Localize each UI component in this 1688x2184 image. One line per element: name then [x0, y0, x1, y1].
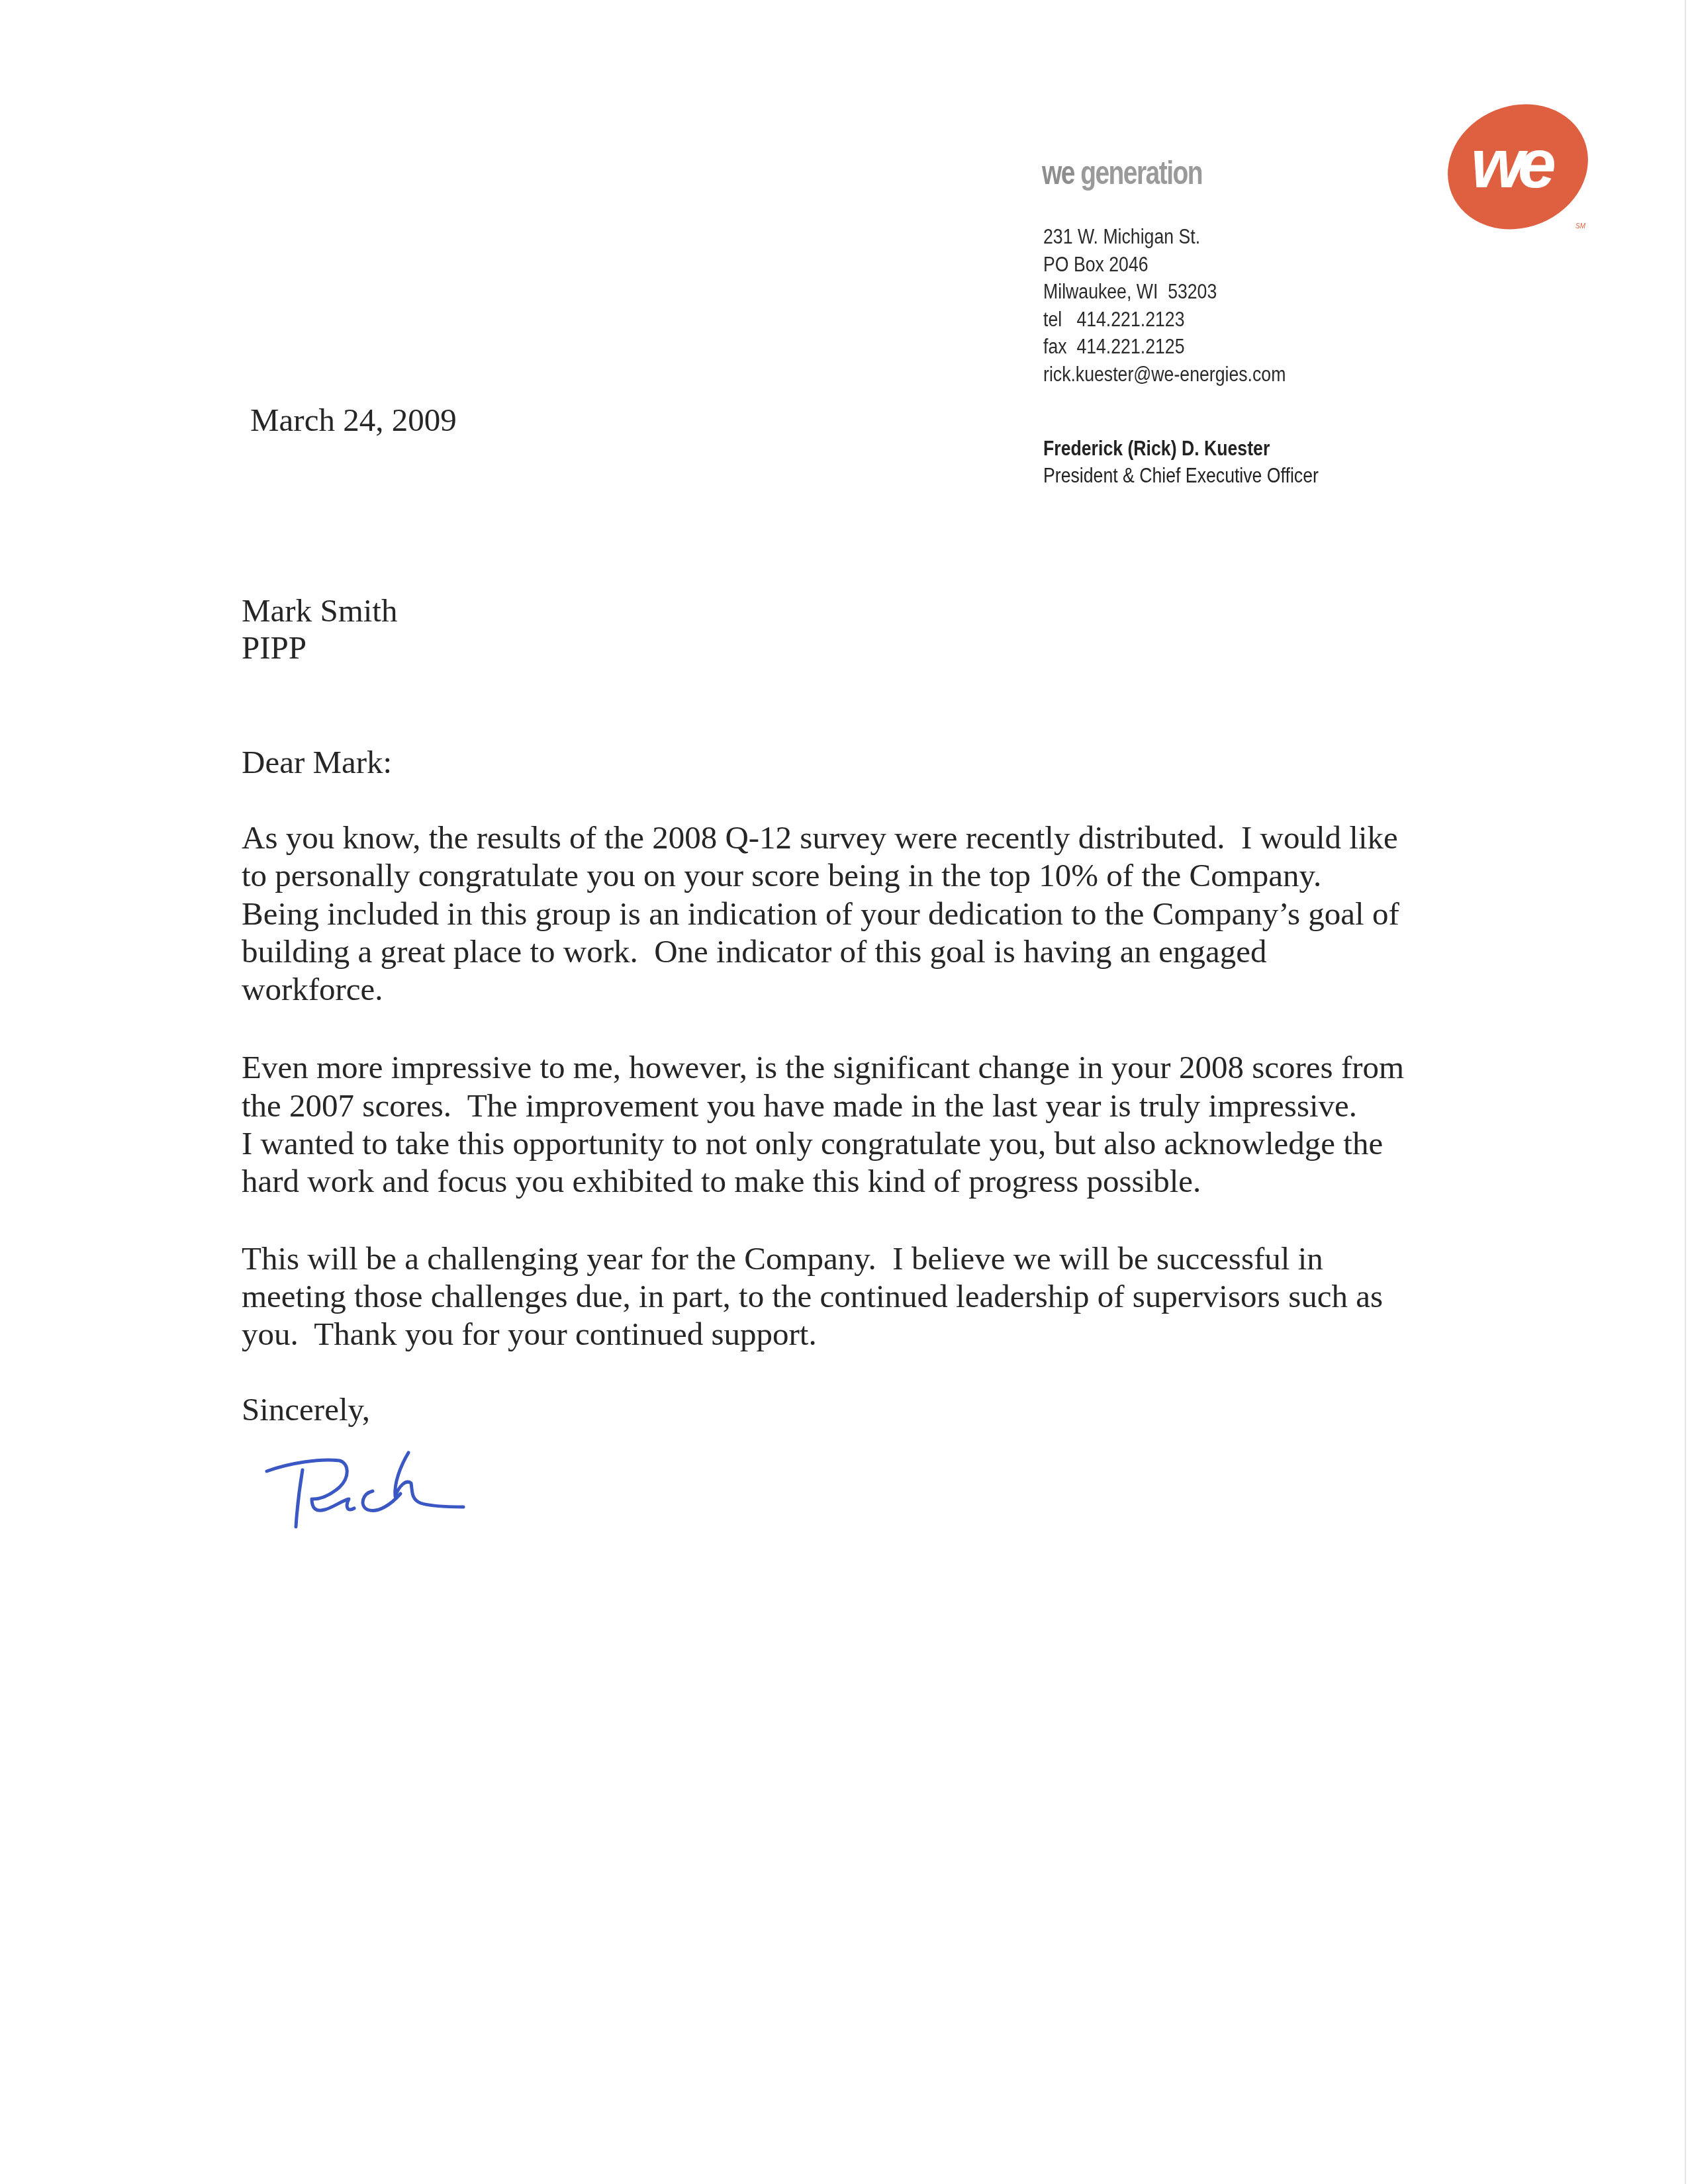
paragraph-line: meeting those challenges due, in part, t… [242, 1280, 1383, 1312]
brand-word-generation: generation [1074, 154, 1202, 191]
svg-text:we: we [1471, 126, 1554, 203]
address-fax: fax 414.221.2125 [1043, 333, 1286, 361]
paragraph-line: workforce. [242, 973, 383, 1005]
closing: Sincerely, [242, 1393, 370, 1426]
sender-title: President & Chief Executive Officer [1043, 462, 1319, 489]
address-street: 231 W. Michigan St. [1043, 223, 1286, 251]
paragraph-line: Even more impressive to me, however, is … [242, 1051, 1404, 1083]
scan-edge-line [1685, 0, 1686, 2184]
sender-address: 231 W. Michigan St. PO Box 2046 Milwauke… [1043, 223, 1286, 388]
brand-word-we: we [1042, 154, 1074, 191]
paragraph-line: As you know, the results of the 2008 Q-1… [242, 821, 1398, 854]
paragraph-line: you. Thank you for your continued suppor… [242, 1318, 817, 1350]
address-city: Milwaukee, WI 53203 [1043, 278, 1286, 306]
sender-block: Frederick (Rick) D. Kuester President & … [1043, 435, 1319, 489]
paragraph-line: Being included in this group is an indic… [242, 897, 1399, 930]
address-email[interactable]: rick.kuester@we-energies.com [1043, 361, 1286, 388]
paragraph-line: This will be a challenging year for the … [242, 1242, 1323, 1275]
address-tel: tel 414.221.2123 [1043, 306, 1286, 334]
we-energies-logo-icon: we SM [1443, 103, 1602, 235]
paragraph-line: the 2007 scores. The improvement you hav… [242, 1089, 1357, 1122]
recipient-dept: PIPP [242, 631, 306, 664]
address-pobox: PO Box 2046 [1043, 251, 1286, 279]
paragraph-line: to personally congratulate you on your s… [242, 859, 1321, 891]
recipient-name: Mark Smith [242, 594, 397, 627]
letter-date: March 24, 2009 [250, 404, 457, 436]
paragraph-line: hard work and focus you exhibited to mak… [242, 1165, 1201, 1197]
paragraph-line: building a great place to work. One indi… [242, 935, 1267, 968]
paragraph-line: I wanted to take this opportunity to not… [242, 1127, 1383, 1160]
brand-wordmark: we generation [1042, 156, 1202, 189]
sender-name: Frederick (Rick) D. Kuester [1043, 435, 1319, 462]
letter-page: we generation we SM 231 W. Michigan St. … [0, 0, 1688, 2184]
salutation: Dear Mark: [242, 746, 392, 778]
svg-text:SM: SM [1575, 223, 1586, 230]
handwritten-signature [261, 1446, 467, 1532]
